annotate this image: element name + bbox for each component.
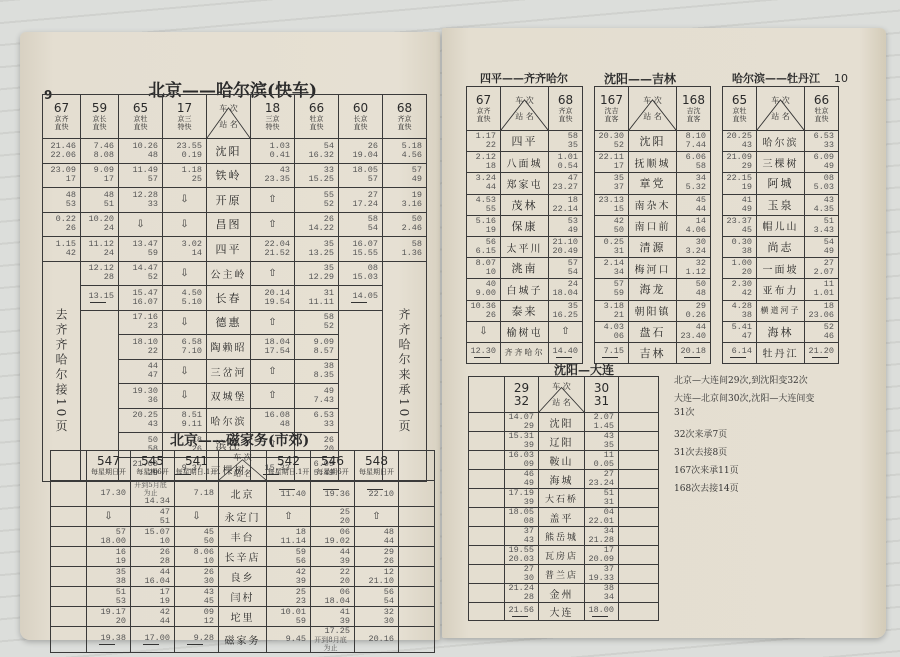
departure-time: 20.49 [549, 247, 578, 256]
departure-time: 14.22 [295, 224, 334, 233]
train-route: 齐京 [383, 115, 426, 123]
departure-time: 0.41 [251, 151, 290, 160]
time-cell: 20.1419.54 [251, 286, 295, 311]
empty-cell [469, 489, 505, 508]
train-station-corner-header: 车 次站 名 [629, 87, 677, 131]
train-column-header: 167沈吉直客 [595, 87, 629, 131]
departure-time: 22.01 [585, 517, 614, 526]
train-column-header: 17京三特快 [163, 95, 207, 139]
empty-cell [51, 507, 87, 527]
table-row: 3.1821朝阳镇290.26 [595, 300, 711, 321]
train-type: 直快 [43, 123, 80, 131]
departure-time: 9.00 [467, 289, 496, 298]
station-name: 昌图 [207, 212, 251, 237]
table-row: 4.5355茂林1822.14 [467, 194, 583, 215]
departure-time: 6.15 [467, 247, 496, 256]
departure-time: 23.35 [251, 175, 290, 184]
time-cell: 5416.32 [295, 139, 339, 164]
departure-time: 39 [505, 498, 534, 507]
station-name: 玉泉 [757, 194, 805, 215]
departure-time: 26 [43, 224, 76, 233]
page-number: 10 [834, 72, 848, 85]
departure-time: 33 [805, 141, 834, 150]
time-cell: 2628 [131, 547, 175, 567]
time-cell: 4723.27 [549, 173, 583, 194]
train-schedule-note: 每星期日开 [355, 468, 398, 476]
station-name: 闫村 [219, 587, 267, 607]
train-number: 29 32 [505, 382, 538, 408]
empty-cell [619, 603, 659, 621]
empty-cell [469, 565, 505, 584]
train-column-header: 547每星期日开 [87, 451, 131, 481]
empty-cell [469, 508, 505, 527]
time-cell: 0815.03 [339, 261, 383, 286]
departure-time: 17 [81, 175, 114, 184]
train-column-header: 66牡京直快 [805, 87, 839, 131]
time-cell: 4.505.10 [163, 286, 207, 311]
arrival-time: 22.10 [355, 490, 394, 499]
station-name: 保康 [501, 215, 549, 236]
station-name: 清源 [629, 236, 677, 257]
empty-cell [399, 507, 435, 527]
time-cell: 3719.33 [585, 565, 619, 584]
time-cell: 17.30 [87, 481, 131, 507]
time-cell: 18.0508 [505, 508, 539, 527]
time-cell: 345.32 [677, 173, 711, 194]
time-cell: 085.03 [805, 173, 839, 194]
empty-cell [469, 584, 505, 603]
departure-time: 53 [43, 200, 76, 209]
time-cell: 5.1619 [467, 215, 501, 236]
departure-time: 49 [805, 162, 834, 171]
departure-time: 52 [295, 322, 334, 331]
empty-cell [51, 527, 87, 547]
time-cell: 19.1720 [87, 607, 131, 627]
time-cell: 2730 [505, 565, 539, 584]
departure-time: 20.03 [505, 555, 534, 564]
departure-time: 10 [467, 268, 496, 277]
table-row: 17.1939大石桥5131 [469, 489, 659, 508]
station-name: 南口前 [629, 215, 677, 236]
train-type: 特快 [251, 123, 294, 131]
train-type: 直快 [295, 123, 338, 131]
departure-time: 30 [355, 617, 394, 626]
empty-cell [469, 451, 505, 470]
station-name: 三棵树 [757, 152, 805, 173]
header-row: 167沈吉直客车 次站 名168吉沈直客 [595, 87, 711, 131]
time-cell: 1.1722 [467, 131, 501, 152]
train-route: 长京 [339, 115, 382, 123]
station-name: 德惠 [207, 310, 251, 335]
departure-time: 44 [355, 537, 394, 546]
table-title-beijing-cijiawu: 北京——磁家务(市郊) [170, 430, 309, 450]
arrival-time: 18.00 [585, 606, 614, 615]
empty-cell [399, 607, 435, 627]
departure-time: 33 [119, 200, 158, 209]
departure-time: 17.24 [339, 200, 378, 209]
departure-time: 20 [311, 517, 350, 526]
station-name: 永定门 [219, 507, 267, 527]
time-cell: 5449 [805, 236, 839, 257]
departure-time: 30 [505, 574, 534, 583]
time-cell: 14.0729 [505, 413, 539, 432]
time-cell: 9.28 [175, 627, 219, 653]
time-cell: 1822.14 [549, 194, 583, 215]
station-name: 朝阳镇 [629, 300, 677, 321]
departure-time: 20.09 [585, 555, 614, 564]
departure-time: 43 [119, 420, 158, 429]
table-row: 0.2531清源303.24 [595, 236, 711, 257]
time-cell: 6.0658 [677, 152, 711, 173]
train-number: 67 [43, 102, 80, 115]
train-station-corner-header: 车 次站 名 [501, 87, 549, 131]
departure-time: 06 [595, 332, 624, 341]
departure-time: 16.04 [131, 577, 170, 586]
departure-time: 53 [87, 597, 126, 606]
time-cell: 6.587.10 [163, 335, 207, 360]
time-cell: 1221.10 [355, 567, 399, 587]
time-cell: 1.0020 [723, 258, 757, 279]
triangle-divider-icon [501, 87, 548, 130]
time-cell: 21.1020.49 [549, 236, 583, 257]
empty-cell [399, 481, 435, 507]
time-cell: 4851 [81, 188, 119, 213]
departure-time: 21.10 [355, 577, 394, 586]
train-column-header: 30 31 [585, 377, 619, 413]
table-row: 14.0729沈阳2.071.45 [469, 413, 659, 432]
time-cell: 3513.25 [295, 237, 339, 262]
empty-header [51, 451, 87, 481]
time-cell: 0619.02 [311, 527, 355, 547]
header-row: 65京牡直快车 次站 名66牡京直快 [723, 87, 839, 131]
station-name: 开原 [207, 188, 251, 213]
station-name: 长春 [207, 286, 251, 311]
departure-time: 59 [119, 249, 158, 258]
train-type: 直快 [383, 123, 426, 131]
train-schedule-note: 每星期日.1开 [267, 468, 310, 476]
table-row: 21.56大连18.00 [469, 603, 659, 621]
table-row: 去齐齐哈尔接10页12.122814.4752⇩公主岭⇧3512.290815.… [43, 261, 427, 286]
time-cell: 303.24 [677, 236, 711, 257]
table-row: 5718.0015.07104550丰台1811.140619.024844 [51, 527, 435, 547]
departure-time: 13.25 [295, 249, 334, 258]
departure-time: 31 [595, 247, 624, 256]
departure-time: 42 [723, 289, 752, 298]
station-name: 大石桥 [539, 489, 585, 508]
departure-time: 54 [339, 224, 378, 233]
train-number: 18 [251, 102, 294, 115]
train-route: 沈吉 [595, 107, 628, 115]
train-route: 吉沈 [677, 107, 710, 115]
time-cell: 3537 [595, 173, 629, 194]
departure-time: 0.05 [585, 460, 614, 469]
train-route: 牡京 [295, 115, 338, 123]
station-name: 横道河子 [757, 300, 805, 321]
side-note-text: 去齐齐哈尔接10页 [53, 308, 70, 434]
table-row: 22.1117抚顺城6.0658 [595, 152, 711, 173]
train-schedule-note: 每星期日开 [87, 468, 130, 476]
left-page: 9 北京——哈尔滨(快车) 67京齐直快59京长直快65京牡直快17京三特快车 … [20, 32, 440, 640]
timetable-harbin-mudanjiang: 65京牡直快车 次站 名66牡京直快20.2543哈尔滨6.533321.092… [722, 86, 839, 364]
departure-time: 45 [723, 226, 752, 235]
departure-time: 35 [549, 141, 578, 150]
departure-time: 22 [467, 141, 496, 150]
table-row: 0.222610.2024⇩⇩昌图⇧2614.225854502.46 [43, 212, 427, 237]
departure-time: 14 [163, 249, 202, 258]
table-row: 5.1619保康5349 [467, 215, 583, 236]
time-cell: 18.0417.54 [251, 335, 295, 360]
departure-time: 34 [595, 268, 624, 277]
terminus-line [556, 357, 572, 358]
station-name: 齐齐哈尔 [501, 342, 549, 363]
empty-cell [469, 603, 505, 621]
train-type: 直快 [467, 115, 500, 123]
train-column-header: 65京牡直快 [119, 95, 163, 139]
header-row: 67京齐直快59京长直快65京牡直快17京三特快车 次站 名18三京特快66牡京… [43, 95, 427, 139]
time-cell: 4416.04 [131, 567, 175, 587]
departure-time: 22.14 [549, 205, 578, 214]
departure-time: 33 [295, 420, 334, 429]
arrival-time: 14.40 [549, 347, 578, 356]
time-cell: 4439 [311, 547, 355, 567]
table-row: 20.3052沈阳8.107.44 [595, 131, 711, 152]
empty-cell [619, 489, 659, 508]
station-name: 海林 [757, 321, 805, 342]
time-cell: 5749 [383, 163, 427, 188]
departure-time: 1.45 [585, 422, 614, 431]
time-cell: 4844 [355, 527, 399, 547]
departure-time: 26 [355, 557, 394, 566]
terminus-line [99, 644, 115, 645]
departure-time: 15 [595, 205, 624, 214]
time-cell: 4649 [505, 470, 539, 489]
empty-cell [51, 627, 87, 653]
train-column-header: 65京牡直快 [723, 87, 757, 131]
table-row: 5759海龙5048 [595, 279, 711, 300]
up-arrow-icon: ⇧ [251, 261, 295, 286]
note-line: 北京—大连间29次,到沈阳变32次 [674, 374, 874, 388]
table-row: 21.4622.067.468.0810.264823.550.19沈阳1.03… [43, 139, 427, 164]
terminus-line [592, 616, 608, 617]
triangle-divider-icon [207, 95, 250, 138]
time-cell: 3.2444 [467, 173, 501, 194]
table-row: 23.1315南杂木4544 [595, 194, 711, 215]
time-cell: 6.0949 [805, 152, 839, 173]
arrival-time: 11.40 [267, 490, 306, 499]
train-column-header: 29 32 [505, 377, 539, 413]
train-number: 546 [311, 455, 354, 468]
train-route: 京齐 [467, 107, 500, 115]
time-cell: 290.26 [677, 300, 711, 321]
time-cell: 15.4716.07 [119, 286, 163, 311]
time-cell: 8.0610 [175, 547, 219, 567]
station-name: 大连 [539, 603, 585, 621]
departure-time: 52 [595, 141, 624, 150]
time-cell: 5754 [549, 258, 583, 279]
time-cell: 1720.09 [585, 546, 619, 565]
train-number: 547 [87, 455, 130, 468]
departure-time: 23.40 [677, 332, 706, 341]
table-row: 4149玉泉434.35 [723, 194, 839, 215]
train-number: 167 [595, 94, 628, 107]
time-cell: 11.40 [267, 481, 311, 507]
departure-time: 19 [723, 183, 752, 192]
timetable-shenyang-dalian: 29 32车 次站 名30 3114.0729沈阳2.071.4515.3139… [468, 376, 659, 621]
empty-cell [619, 451, 659, 470]
time-cell: 1719 [131, 587, 175, 607]
table-row: 23.3745帽儿山513.43 [723, 215, 839, 236]
departure-time: 11.14 [267, 537, 306, 546]
station-name: 郑家屯 [501, 173, 549, 194]
departure-time: 48 [119, 151, 158, 160]
train-type: 直快 [549, 115, 582, 123]
departure-time: 2.07 [805, 268, 834, 277]
terminus-line [684, 357, 700, 358]
note-line: 168次去接14页 [674, 482, 874, 496]
time-cell: 0912 [175, 607, 219, 627]
departure-time: 19 [467, 226, 496, 235]
table-row: 2730普兰店3719.33 [469, 565, 659, 584]
time-cell: 21.56 [505, 603, 539, 621]
time-cell: 2523 [267, 587, 311, 607]
departure-time: 39 [267, 577, 306, 586]
departure-time: 19 [87, 557, 126, 566]
triangle-divider-icon [219, 451, 266, 480]
departure-time: 09 [505, 460, 534, 469]
table-row: 13.1515.4716.074.505.10长春20.1419.543111.… [43, 286, 427, 311]
time-cell: 4.2838 [723, 300, 757, 321]
empty-cell [469, 432, 505, 451]
departure-time: 17 [43, 175, 76, 184]
station-name: 吉林 [629, 342, 677, 363]
time-cell: 21.4622.06 [43, 139, 81, 164]
train-number: 67 [467, 94, 500, 107]
departure-time: 10 [131, 537, 170, 546]
departure-time: 19.54 [251, 298, 290, 307]
train-type: 特快 [163, 123, 206, 131]
table-row: 8.0710洮南5754 [467, 258, 583, 279]
time-cell: 4853 [43, 188, 81, 213]
time-cell: 9.0917 [81, 163, 119, 188]
departure-time: 23.06 [805, 311, 834, 320]
table-row: 22.1519阿城085.03 [723, 173, 839, 194]
time-cell: 5.184.56 [383, 139, 427, 164]
time-cell: 2220 [311, 567, 355, 587]
table-title-siping-qiqihar: 四平——齐齐哈尔 [480, 70, 568, 86]
time-cell: 4139 [311, 607, 355, 627]
time-cell: 4244 [131, 607, 175, 627]
departure-time: 44 [677, 205, 706, 214]
station-name: 八面城 [501, 152, 549, 173]
time-cell: 272.07 [805, 258, 839, 279]
empty-cell [51, 607, 87, 627]
time-cell: 23.0917 [43, 163, 81, 188]
departure-time: 8.08 [81, 151, 114, 160]
time-cell: 20.2543 [119, 408, 163, 433]
time-cell: 21.0929 [723, 152, 757, 173]
train-schedule-note: 每星期6开 [311, 468, 354, 476]
time-cell: 4345 [175, 587, 219, 607]
departure-time: 18.04 [549, 289, 578, 298]
time-cell: 1811.14 [267, 527, 311, 547]
train-number: 30 31 [585, 382, 618, 408]
departure-time: 21.52 [251, 249, 290, 258]
train-number: 65 [723, 94, 756, 107]
station-name: 北京 [219, 481, 267, 507]
side-note-left: 去齐齐哈尔接10页 [43, 261, 81, 482]
departure-time: 38 [723, 247, 752, 256]
time-cell: 4.5355 [467, 194, 501, 215]
header-row: 547每星期日开545每星期6开541每星期日.1开车 次站 名542每星期日.… [51, 451, 435, 481]
header-row: 67京齐直快车 次站 名68齐京直快 [467, 87, 583, 131]
time-cell: 20.3052 [595, 131, 629, 152]
station-name: 哈尔滨 [207, 408, 251, 433]
time-cell: 18.0557 [339, 163, 383, 188]
time-cell: 13.15 [81, 286, 119, 311]
train-column-header: 67京齐直快 [43, 95, 81, 139]
station-name: 沈阳 [629, 131, 677, 152]
table-row: 23.09179.091711.49571.1825铁岭4323.353315.… [43, 163, 427, 188]
time-cell: 5718.00 [87, 527, 131, 547]
departure-time: 46 [805, 332, 834, 341]
time-cell: 1.010.54 [549, 152, 583, 173]
departure-time: 16.07 [119, 298, 158, 307]
departure-time: 5.03 [805, 183, 834, 192]
station-name: 泰来 [501, 300, 549, 321]
departure-time: 50 [175, 537, 214, 546]
time-cell: 15.0710 [131, 527, 175, 547]
train-column-header: 66牡京直快 [295, 95, 339, 139]
empty-cell [469, 413, 505, 432]
arrival-time: 9.28 [175, 634, 214, 643]
table-row: 1.0020一面坡272.07 [723, 258, 839, 279]
time-cell: 16.0848 [251, 408, 295, 433]
train-column-header: 59京长直快 [81, 95, 119, 139]
time-cell: 17.1623 [119, 310, 163, 335]
departure-time: 7.10 [163, 347, 202, 356]
departure-time: 29 [723, 162, 752, 171]
train-column-header: 60长京直快 [339, 95, 383, 139]
train-column-header: 168吉沈直客 [677, 87, 711, 131]
down-arrow-icon: ⇩ [163, 359, 207, 384]
time-cell: 409.00 [467, 279, 501, 300]
station-name: 金州 [539, 584, 585, 603]
terminus-line [474, 357, 490, 358]
table-row: 15.3139辽阳4335 [469, 432, 659, 451]
time-cell: 5349 [549, 215, 583, 236]
header-row: 29 32车 次站 名30 31 [469, 377, 659, 413]
station-name: 熊岳城 [539, 527, 585, 546]
arrival-time: 20.16 [355, 635, 394, 644]
station-name: 陶赖昭 [207, 335, 251, 360]
arrival-time: 21.56 [505, 606, 534, 615]
empty-cell [619, 470, 659, 489]
station-name: 四平 [207, 237, 251, 262]
time-cell: 4544 [677, 194, 711, 215]
train-type: 直快 [119, 123, 162, 131]
departure-time: 9.11 [163, 420, 202, 429]
time-cell: 5956 [267, 547, 311, 567]
train-type: 直快 [81, 123, 118, 131]
station-name: 丰台 [219, 527, 267, 547]
departure-time: 08 [505, 517, 534, 526]
train-route: 京齐 [43, 115, 80, 123]
train-route: 京牡 [119, 115, 162, 123]
departure-time: 18 [467, 162, 496, 171]
train-column-header: 541每星期日.1开 [175, 451, 219, 481]
departure-time: 37 [595, 183, 624, 192]
table-row: 566.15太平川21.1020.49 [467, 236, 583, 257]
